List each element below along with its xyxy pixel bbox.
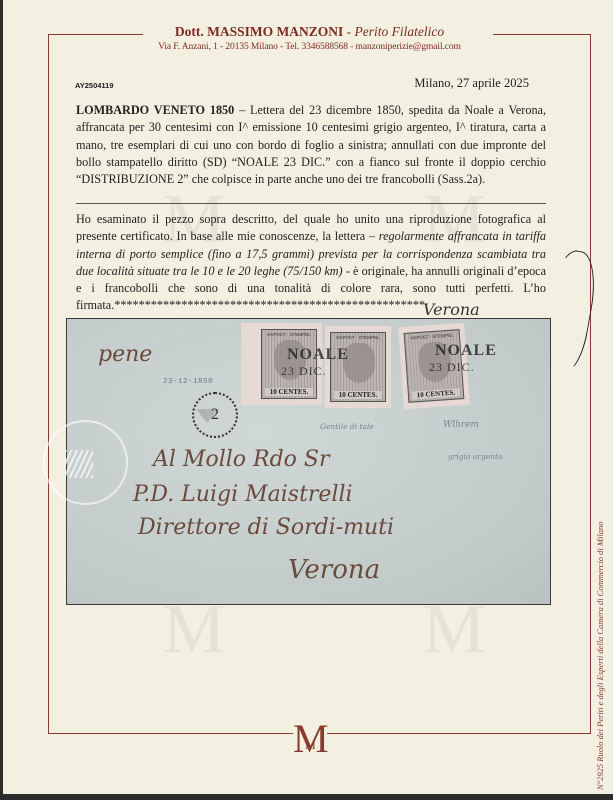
distribuzione-cancel: 2 bbox=[192, 392, 238, 438]
noale-cancel-2: NOALE 23 DIC. bbox=[435, 343, 497, 375]
pencil-note: Gentile di tale bbox=[320, 422, 374, 431]
monogram-logo: M M bbox=[293, 719, 327, 759]
certificate-sheet: M M M M Dott. MASSIMO MANZONI - Perito F… bbox=[3, 0, 613, 794]
address-line-2: P.D. Luigi Maistrelli bbox=[133, 482, 353, 507]
pencil-date: 23-12-1850 bbox=[163, 378, 213, 386]
description-title: LOMBARDO VENETO 1850 bbox=[76, 103, 234, 117]
expert-name: Dott. MASSIMO MANZONI bbox=[175, 24, 343, 39]
divider bbox=[76, 203, 546, 204]
noale-cancel-1: NOALE 23 DIC. bbox=[287, 347, 349, 379]
address-line-4: Verona bbox=[288, 555, 380, 585]
address-line-3: Direttore di Sordi-muti bbox=[138, 515, 394, 540]
certificate-id: AY2504119 bbox=[75, 81, 114, 90]
pencil-note: Wlhrem bbox=[443, 420, 479, 430]
letterhead: Dott. MASSIMO MANZONI - Perito Filatelic… bbox=[3, 23, 613, 52]
manuscript-left: pene bbox=[98, 342, 152, 367]
pencil-note: grigio argento bbox=[448, 452, 503, 461]
address-line-1: Al Mollo Rdo Sr bbox=[153, 447, 329, 472]
registry-note: N°2925 Ruolo dei Periti e degli Esperti … bbox=[593, 560, 609, 790]
embossed-seal bbox=[43, 420, 128, 505]
expert-role: Perito Filatelico bbox=[355, 24, 445, 39]
item-description: LOMBARDO VENETO 1850 – Lettera del 23 di… bbox=[76, 102, 546, 188]
manuscript-top: Verona bbox=[423, 300, 480, 319]
place-date: Milano, 27 aprile 2025 bbox=[414, 76, 529, 91]
expert-address: Via F. Anzani, 1 - 20135 Milano - Tel. 3… bbox=[3, 42, 613, 52]
